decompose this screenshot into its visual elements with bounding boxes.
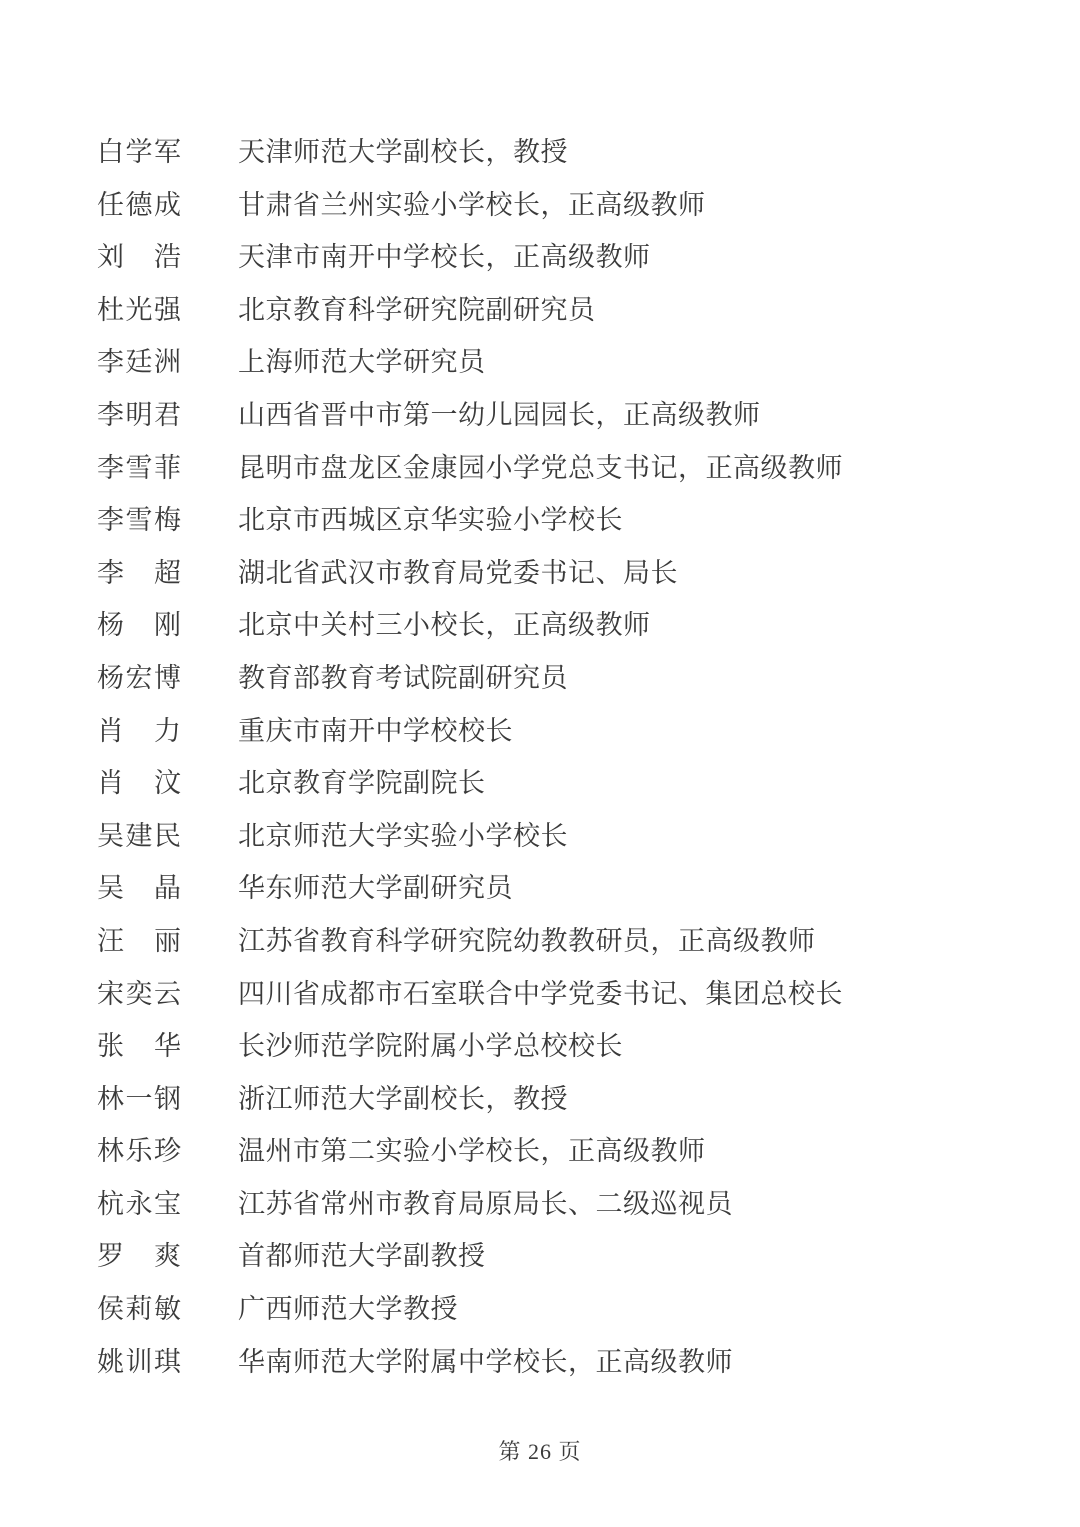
list-item: 林一钢 浙江师范大学副校长，教授 xyxy=(97,1085,1040,1113)
person-title: 甘肃省兰州实验小学校长，正高级教师 xyxy=(238,191,706,219)
person-title: 长沙师范学院附属小学总校校长 xyxy=(238,1032,623,1060)
person-name: 侯莉敏 xyxy=(97,1295,181,1323)
person-name: 任德成 xyxy=(97,191,181,219)
person-title: 四川省成都市石室联合中学党委书记、集团总校长 xyxy=(238,980,843,1008)
person-name: 李雪菲 xyxy=(97,454,181,482)
person-name: 林乐珍 xyxy=(97,1137,181,1165)
list-item: 张华 长沙师范学院附属小学总校校长 xyxy=(97,1032,1040,1060)
list-item: 任德成 甘肃省兰州实验小学校长，正高级教师 xyxy=(97,191,1040,219)
person-title: 北京中关村三小校长，正高级教师 xyxy=(238,611,651,639)
person-name: 杭永宝 xyxy=(97,1190,181,1218)
person-name: 林一钢 xyxy=(97,1085,181,1113)
list-item: 杨刚 北京中关村三小校长，正高级教师 xyxy=(97,611,1040,639)
list-item: 李雪菲 昆明市盘龙区金康园小学党总支书记，正高级教师 xyxy=(97,454,1040,482)
person-title: 浙江师范大学副校长，教授 xyxy=(238,1085,568,1113)
person-name: 李雪梅 xyxy=(97,506,181,534)
list-item: 宋奕云 四川省成都市石室联合中学党委书记、集团总校长 xyxy=(97,980,1040,1008)
person-name: 白学军 xyxy=(97,138,181,166)
page-footer: 第 26 页 xyxy=(0,1440,1080,1464)
person-name: 罗爽 xyxy=(97,1242,181,1270)
person-name: 李廷洲 xyxy=(97,348,181,376)
person-title: 江苏省常州市教育局原局长、二级巡视员 xyxy=(238,1190,733,1218)
list-item: 姚训琪 华南师范大学附属中学校长，正高级教师 xyxy=(97,1348,1040,1376)
list-item: 李廷洲 上海师范大学研究员 xyxy=(97,348,1040,376)
person-name: 刘浩 xyxy=(97,243,181,271)
person-name: 汪丽 xyxy=(97,927,181,955)
list-item: 杭永宝 江苏省常州市教育局原局长、二级巡视员 xyxy=(97,1190,1040,1218)
list-item: 刘浩 天津市南开中学校长，正高级教师 xyxy=(97,243,1040,271)
person-title: 重庆市南开中学校校长 xyxy=(238,717,513,745)
person-name: 张华 xyxy=(97,1032,181,1060)
person-name: 姚训琪 xyxy=(97,1348,181,1376)
person-title: 华东师范大学副研究员 xyxy=(238,874,513,902)
list-item: 侯莉敏 广西师范大学教授 xyxy=(97,1295,1040,1323)
person-title: 昆明市盘龙区金康园小学党总支书记，正高级教师 xyxy=(238,454,843,482)
person-title: 温州市第二实验小学校长，正高级教师 xyxy=(238,1137,706,1165)
list-item: 肖力 重庆市南开中学校校长 xyxy=(97,717,1040,745)
person-title: 华南师范大学附属中学校长，正高级教师 xyxy=(238,1348,733,1376)
list-item: 汪丽 江苏省教育科学研究院幼教教研员，正高级教师 xyxy=(97,927,1040,955)
person-name: 吴晶 xyxy=(97,874,181,902)
person-title: 天津师范大学副校长，教授 xyxy=(238,138,568,166)
person-name: 宋奕云 xyxy=(97,980,181,1008)
list-item: 李超 湖北省武汉市教育局党委书记、局长 xyxy=(97,559,1040,587)
list-item: 李明君 山西省晋中市第一幼儿园园长，正高级教师 xyxy=(97,401,1040,429)
person-name: 肖汶 xyxy=(97,769,181,797)
person-title: 山西省晋中市第一幼儿园园长，正高级教师 xyxy=(238,401,761,429)
person-name: 吴建民 xyxy=(97,822,181,850)
person-name: 杜光强 xyxy=(97,296,181,324)
person-title: 北京市西城区京华实验小学校长 xyxy=(238,506,623,534)
list-item: 林乐珍 温州市第二实验小学校长，正高级教师 xyxy=(97,1137,1040,1165)
person-title: 上海师范大学研究员 xyxy=(238,348,486,376)
person-name: 李超 xyxy=(97,559,181,587)
document-page: 白学军 天津师范大学副校长，教授 任德成 甘肃省兰州实验小学校长，正高级教师 刘… xyxy=(0,0,1080,1527)
list-item: 李雪梅 北京市西城区京华实验小学校长 xyxy=(97,506,1040,534)
list-item: 杜光强 北京教育科学研究院副研究员 xyxy=(97,296,1040,324)
name-title-list: 白学军 天津师范大学副校长，教授 任德成 甘肃省兰州实验小学校长，正高级教师 刘… xyxy=(97,138,1040,1400)
person-name: 李明君 xyxy=(97,401,181,429)
person-name: 肖力 xyxy=(97,717,181,745)
person-title: 北京教育科学研究院副研究员 xyxy=(238,296,596,324)
person-title: 教育部教育考试院副研究员 xyxy=(238,664,568,692)
person-title: 首都师范大学副教授 xyxy=(238,1242,486,1270)
person-name: 杨刚 xyxy=(97,611,181,639)
list-item: 肖汶 北京教育学院副院长 xyxy=(97,769,1040,797)
list-item: 杨宏博 教育部教育考试院副研究员 xyxy=(97,664,1040,692)
list-item: 吴建民 北京师范大学实验小学校长 xyxy=(97,822,1040,850)
list-item: 罗爽 首都师范大学副教授 xyxy=(97,1242,1040,1270)
person-title: 广西师范大学教授 xyxy=(238,1295,458,1323)
page-number-label: 第 26 页 xyxy=(498,1439,581,1464)
person-name: 杨宏博 xyxy=(97,664,181,692)
person-title: 湖北省武汉市教育局党委书记、局长 xyxy=(238,559,678,587)
person-title: 北京师范大学实验小学校长 xyxy=(238,822,568,850)
list-item: 白学军 天津师范大学副校长，教授 xyxy=(97,138,1040,166)
person-title: 天津市南开中学校长，正高级教师 xyxy=(238,243,651,271)
person-title: 北京教育学院副院长 xyxy=(238,769,486,797)
list-item: 吴晶 华东师范大学副研究员 xyxy=(97,874,1040,902)
person-title: 江苏省教育科学研究院幼教教研员，正高级教师 xyxy=(238,927,816,955)
